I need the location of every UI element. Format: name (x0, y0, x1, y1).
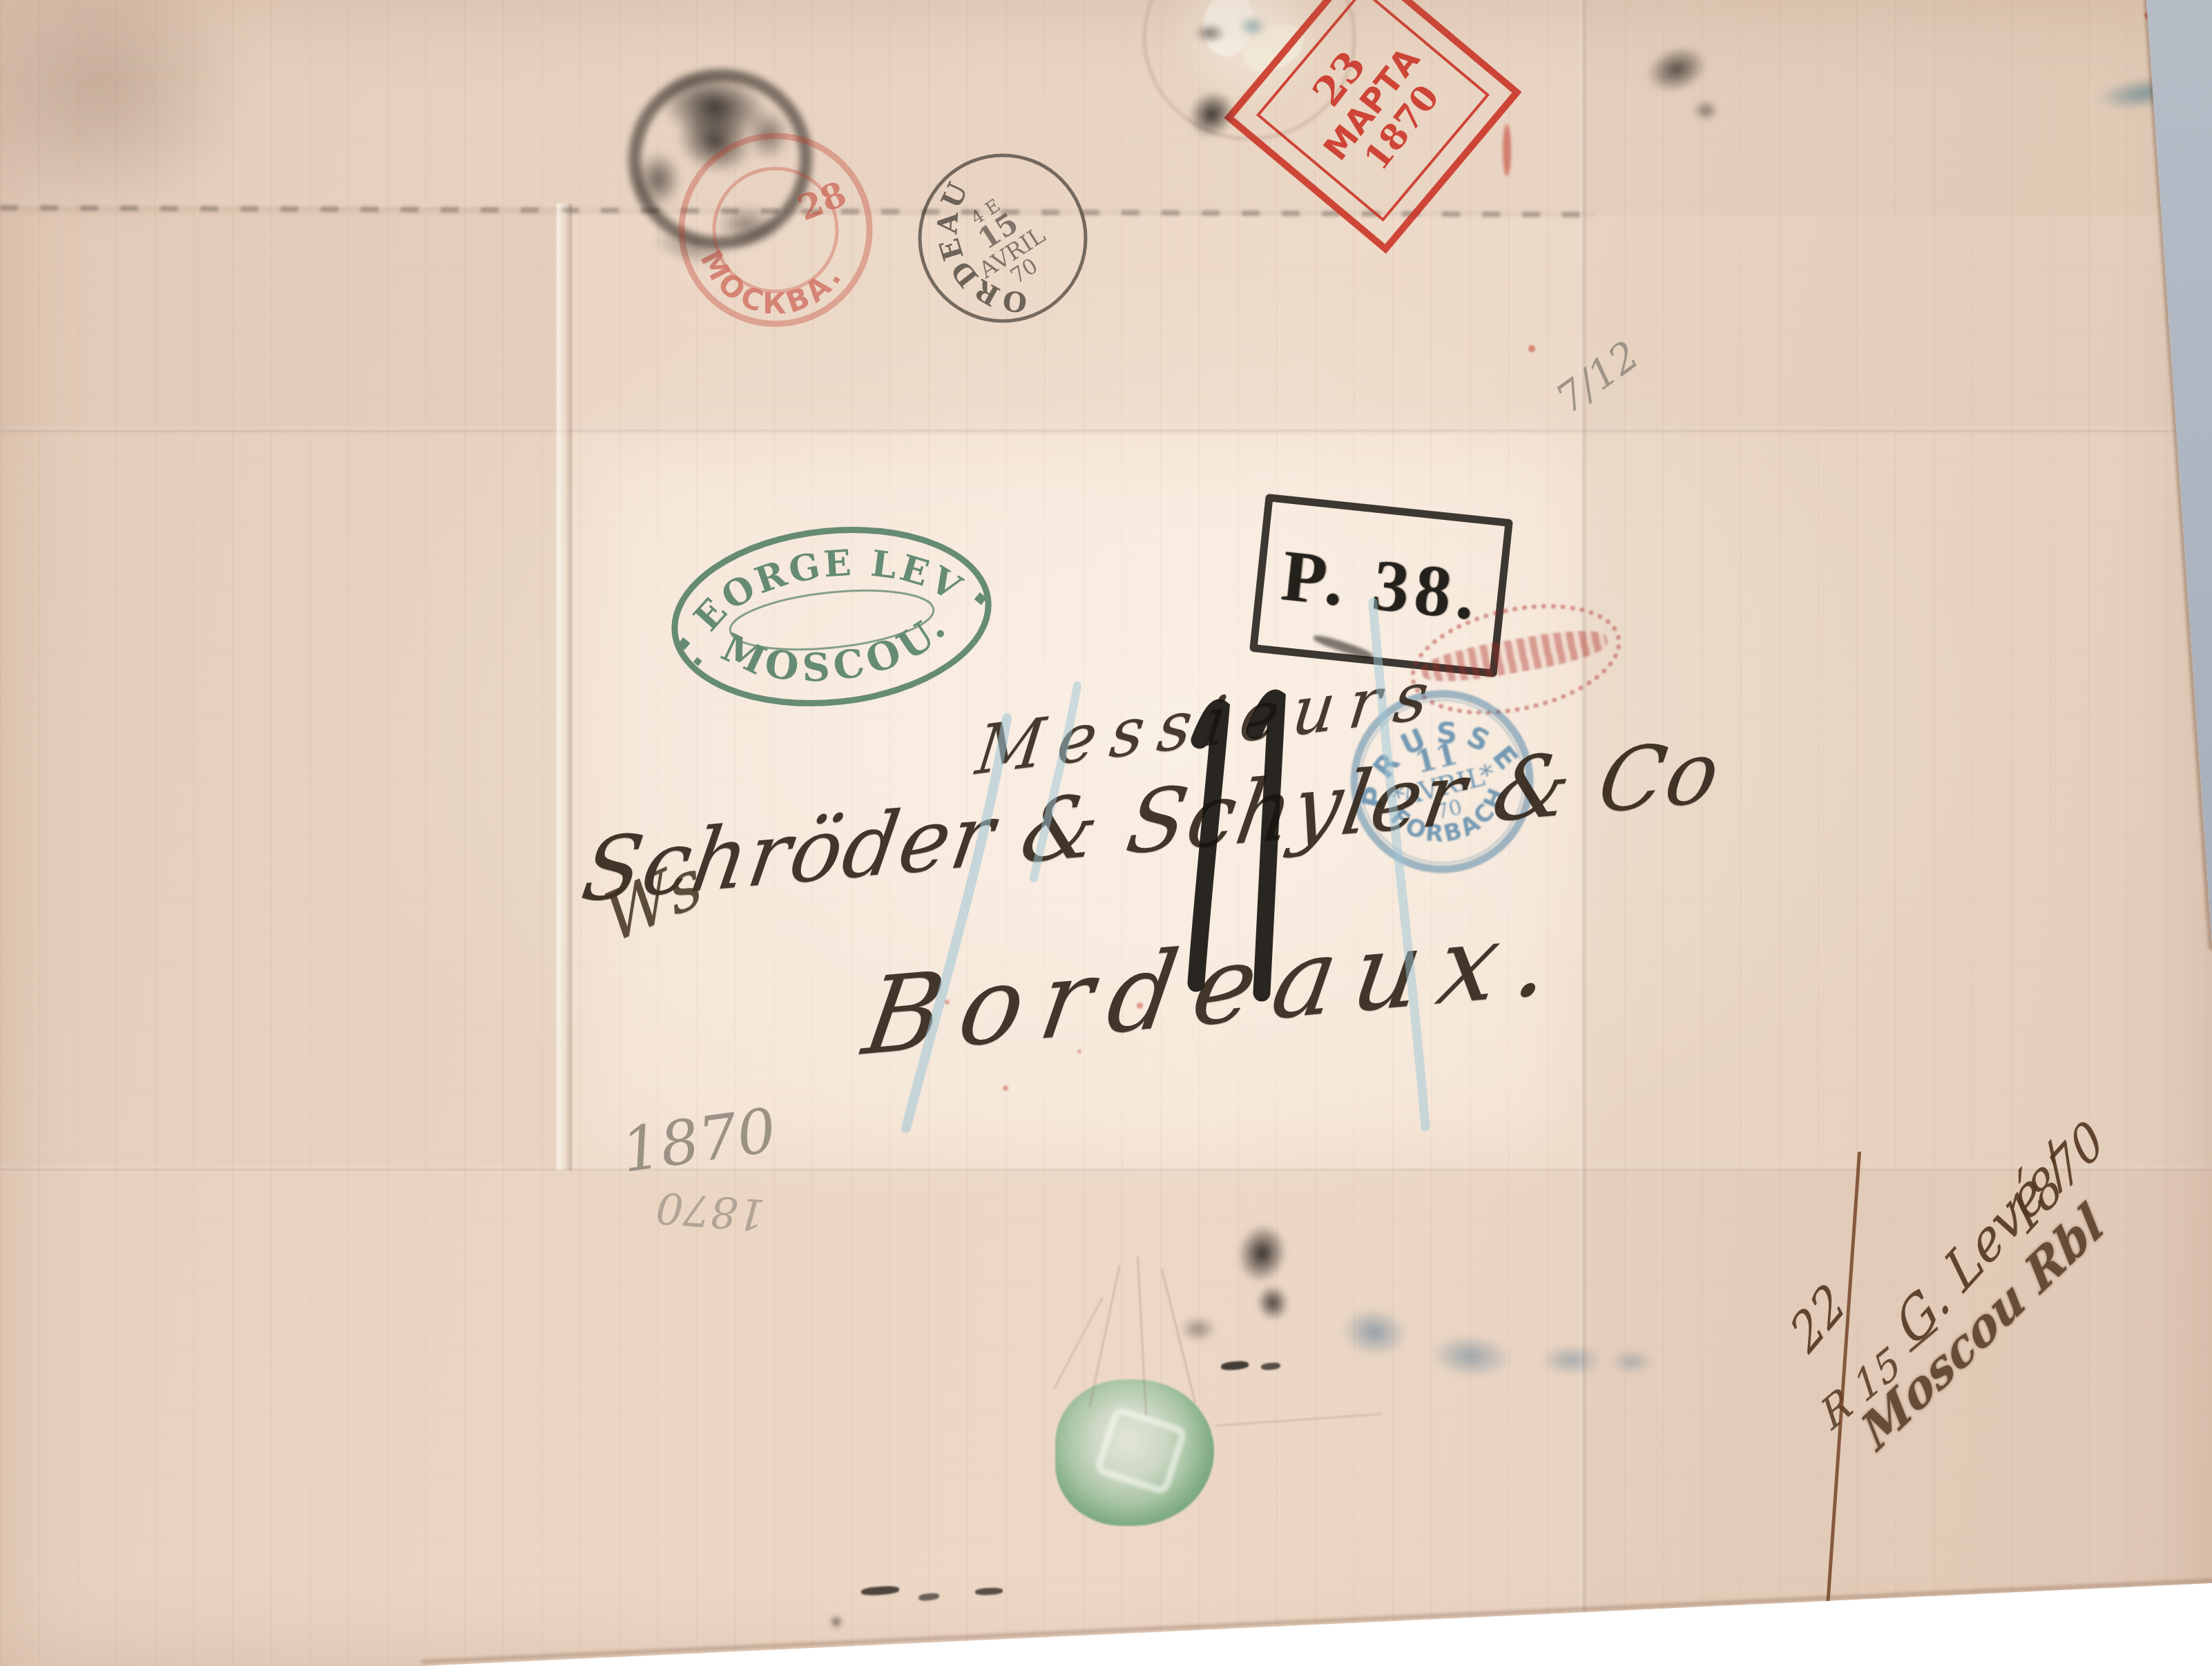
postal-cover-photo: МОСКВА. 28 BORDEAUX 4 E 15 AVRIL 70 (0, 0, 2212, 1666)
tax-11-stroke (1196, 708, 1221, 983)
tax-11-marking: 11 (1209, 794, 1210, 795)
blue-crayon-stroke (906, 718, 1007, 1128)
paper-sheet: МОСКВА. 28 BORDEAUX 4 E 15 AVRIL 70 (0, 0, 2212, 1666)
wax-seal-monogram (1093, 1405, 1189, 1496)
blue-crayon-stroke (1373, 602, 1425, 1127)
blue-crayon-stroke (1034, 686, 1077, 878)
tax-11-stroke (1255, 698, 1277, 993)
wax-seal (1055, 1379, 1214, 1526)
